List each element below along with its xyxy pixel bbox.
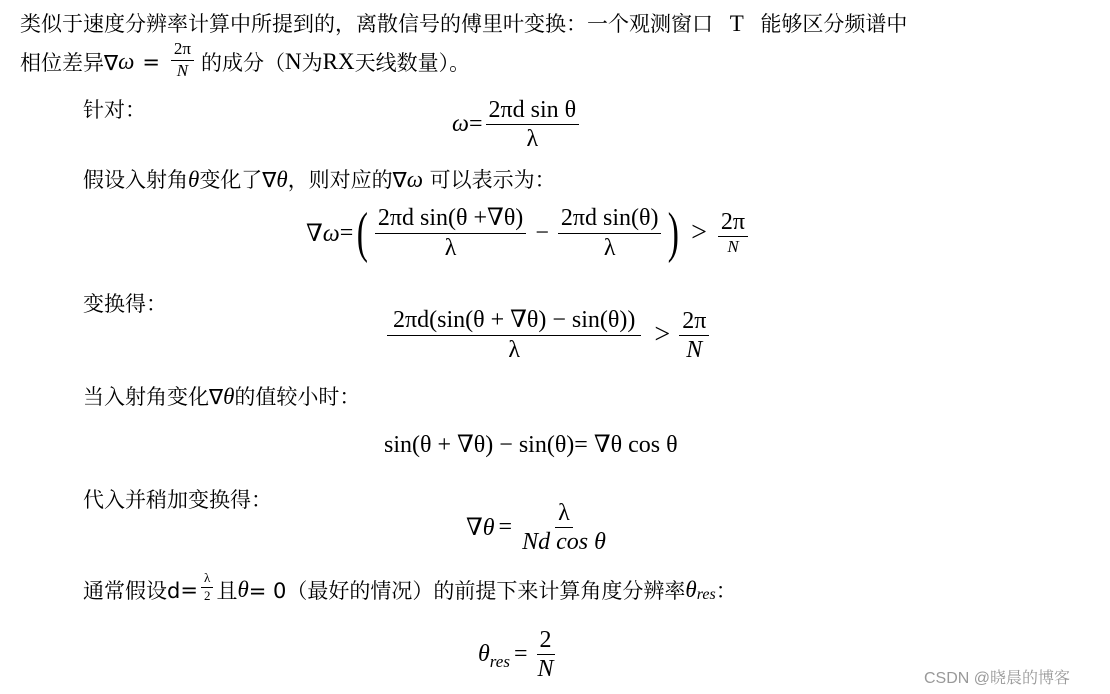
equation-omega: ω = 2πd sin θ λ xyxy=(452,97,582,153)
equation-angular-resolution: θres = 2 N xyxy=(478,627,560,683)
resolution-fraction: 2 N xyxy=(535,627,557,683)
watermark: CSDN @晓晨的博客 xyxy=(924,665,1070,688)
label-transform: 变换得： xyxy=(83,288,167,318)
two-pi-over-n: 2π N xyxy=(171,40,194,80)
intro-text-end: 能够区分频谱中 xyxy=(760,12,907,36)
rhs-fraction-2: 2π N xyxy=(679,308,709,364)
intro-text: 类似于速度分辨率计算中所提到的，离散信号的傅里叶变换：一个观测窗口 xyxy=(20,12,713,36)
rhs-fraction: 2π N xyxy=(718,209,748,257)
sin-diff-fraction: 2πd(sin(θ + ∇θ) − sin(θ)) λ xyxy=(387,307,641,364)
label-substitute: 代入并稍加变换得： xyxy=(83,484,272,514)
equation-transformed: 2πd(sin(θ + ∇θ) − sin(θ)) λ > 2π N xyxy=(384,307,712,364)
intro-line-1: 类似于速度分辨率计算中所提到的，离散信号的傅里叶变换：一个观测窗口 T 能够区分… xyxy=(20,8,907,38)
window-symbol: T xyxy=(730,11,744,36)
lambda-over-two: λ 2 xyxy=(201,571,214,603)
equation-approximation: sin(θ + ∇θ) − sin(θ)= ∇θ cos θ xyxy=(384,430,678,459)
phase-diff-text: 相位差异∇ xyxy=(20,47,118,77)
left-paren: ( xyxy=(357,205,368,261)
equation-delta-theta: ∇θ = λ Nd cos θ xyxy=(466,500,612,556)
term2-fraction: 2πd sin(θ) λ xyxy=(558,205,662,261)
term1-fraction: 2πd sin(θ +∇θ) λ xyxy=(375,205,526,261)
delta-theta-fraction: λ Nd cos θ xyxy=(519,500,609,556)
equals-sign: = xyxy=(142,50,160,74)
label-small-change: 当入射角变化∇θ的值较小时： xyxy=(83,381,360,411)
omega-fraction: 2πd sin θ λ xyxy=(486,97,580,153)
right-paren: ) xyxy=(668,205,679,261)
omega-symbol: ω xyxy=(118,49,134,75)
equation-delta-omega: ∇ω = ( 2πd sin(θ +∇θ) λ − 2πd sin(θ) λ )… xyxy=(306,205,751,261)
label-usual-assumption: 通常假设d = λ 2 且 θ = 0（最好的情况）的前提下来计算角度分辨率 θ… xyxy=(83,575,737,605)
intro-line-2: 相位差异∇ ω = 2π N 的成分（ N 为 RX 天线数量）。 xyxy=(20,44,470,80)
label-for: 针对： xyxy=(83,94,146,124)
label-assume: 假设入射角θ变化了∇θ，则对应的∇ω 可以表示为： xyxy=(83,164,556,194)
